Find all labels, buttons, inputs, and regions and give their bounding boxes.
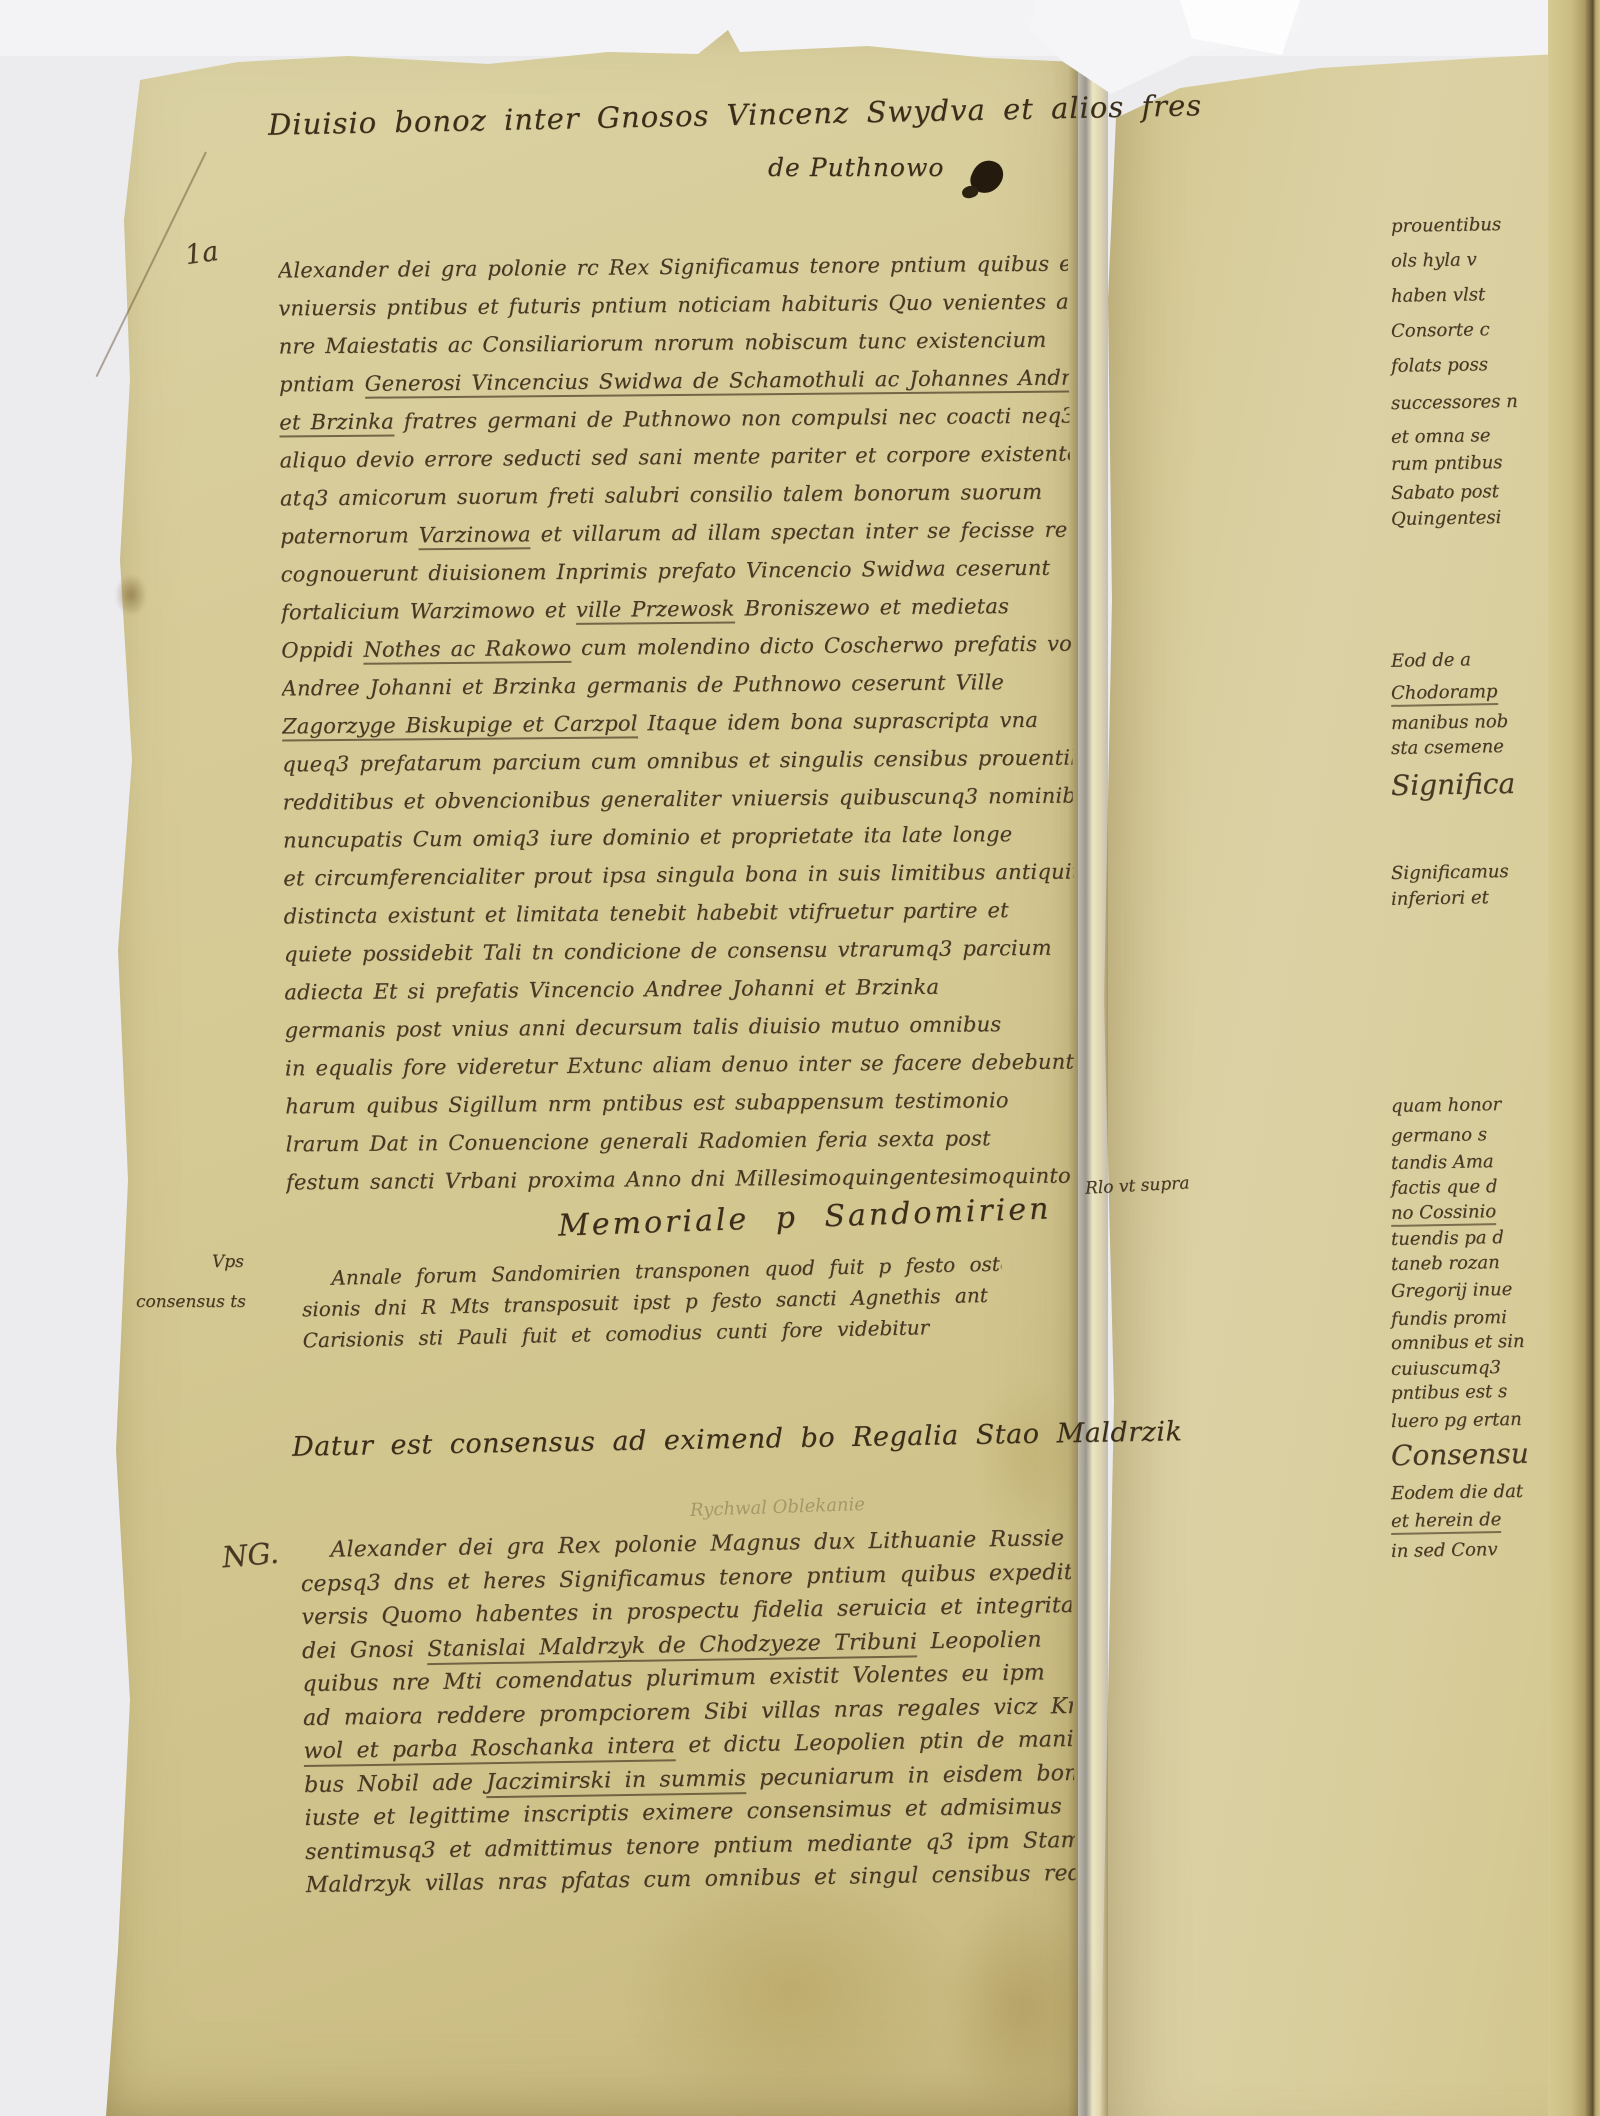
text: paternorum	[280, 523, 419, 548]
facing-page-text-fragment: manibus nob	[1391, 711, 1509, 734]
facing-page-text-fragment: germano s	[1391, 1124, 1487, 1147]
text: dei Gnosi	[302, 1637, 428, 1664]
facing-page-text-fragment: tandis Ama	[1391, 1151, 1494, 1174]
facing-page-text-fragment: Sabato post	[1391, 481, 1499, 504]
text: fortalicium Warzimowo et	[281, 598, 576, 625]
entry1-line: quiete possidebit Tali tn condicione de …	[284, 929, 1074, 974]
facing-page-text-fragment: Consensu	[1391, 1437, 1529, 1472]
entry2-text-block: Alexander dei gra Rex polonie Magnus dux…	[300, 1522, 1076, 1903]
facing-page-text-fragment: taneb rozan	[1391, 1252, 1500, 1275]
margin-note-line1: Vps	[212, 1252, 244, 1272]
facing-page-text-fragment: luero pg ertan	[1391, 1409, 1522, 1432]
facing-page-text-fragment: factis que d	[1391, 1176, 1498, 1199]
facing-page-text-fragment: omnibus et sin	[1391, 1331, 1525, 1354]
text: et villarum ad illam spectan inter se fe…	[531, 518, 1068, 547]
facing-page-text-fragment: haben vlst	[1391, 284, 1486, 307]
margin-note-line2: consensus ts	[136, 1292, 246, 1312]
facing-page-text-fragment: Significa	[1391, 767, 1516, 802]
facing-page-text-fragment: successores n	[1391, 391, 1518, 414]
memoriale-text-block: Annale forum Sandomirien transponen quod…	[301, 1249, 1003, 1357]
facing-page-text-fragment: Significamus	[1391, 861, 1509, 884]
text: Leopolien	[917, 1627, 1042, 1654]
entry1-title-line2: de Puthnowo	[768, 153, 944, 182]
underlined-text: wol et parba Roschanka intera	[303, 1733, 675, 1767]
facing-page-text-fragment: Consorte c	[1391, 319, 1490, 342]
facing-page-text-fragment: inferiori et	[1391, 887, 1489, 910]
text: pntiam	[279, 372, 365, 397]
facing-page-text-fragment: no Cossinio	[1391, 1201, 1497, 1227]
facing-page-text-fragment: cuiuscumq3	[1391, 1357, 1501, 1380]
underlined-text: Zagorzyge Biskupige et Carzpol	[282, 711, 638, 741]
underlined-text: Nothes ac Rakowo	[363, 636, 571, 665]
text: pecuniarum in eisdem bonis	[746, 1760, 1074, 1791]
facing-page-text-fragment: in sed Conv	[1391, 1539, 1498, 1562]
text: et dictu Leopolien ptin de mani	[675, 1727, 1074, 1758]
underlined-text: ville Przewosk	[576, 596, 735, 624]
text: Itaque idem bona suprascripta vna	[638, 708, 1039, 735]
facing-page-text-fragment: et omna se	[1391, 425, 1491, 448]
facing-page-text-fragment: Gregorij inue	[1391, 1279, 1513, 1302]
facing-page-text-fragment: quam honor	[1391, 1094, 1501, 1117]
facing-page-text-fragment: sta csemene	[1391, 736, 1504, 759]
facing-page-text-fragment: prouentibus	[1391, 214, 1502, 237]
margin-mark-entry2: NG.	[221, 1536, 280, 1575]
facing-page-text-fragments: prouentibusols hyla vhaben vlstConsorte …	[1385, 0, 1598, 2116]
facing-page-text-fragment: Eod de a	[1391, 649, 1471, 671]
facing-page-text-fragment: Chodoramp	[1391, 681, 1498, 707]
scanner-background	[0, 0, 1600, 56]
facing-page-text-fragment: ols hyla v	[1391, 249, 1477, 271]
margin-mark-entry1: 1a	[183, 236, 220, 271]
underlined-text: Generosi Vincencius Swidwa de Schamothul…	[365, 365, 1070, 398]
underlined-text: et Brzinka	[279, 409, 394, 437]
underlined-text: Varzinowa	[419, 522, 531, 550]
text: fratres germani de Puthnowo non compulsi…	[394, 404, 1070, 434]
manuscript-scan: Diuisio bonoz inter Gnosos Vincenz Swydv…	[0, 0, 1600, 2116]
facing-page-text-fragment: Eodem die dat	[1391, 1481, 1523, 1504]
facing-page-text-fragment: rum pntibus	[1391, 452, 1503, 475]
facing-page-text-fragment: tuendis pa d	[1391, 1227, 1504, 1250]
facing-page-text-fragment: pntibus est s	[1391, 1381, 1508, 1404]
text: Oppidi	[281, 638, 363, 663]
text: Broniszewo et medietas	[735, 594, 1010, 620]
facing-page-text-fragment: fundis promi	[1391, 1307, 1507, 1330]
entry1-text-block: Alexander dei gra polonie rc Rex Signifi…	[278, 245, 1076, 1202]
facing-page-text-fragment: folats poss	[1391, 354, 1488, 377]
text: cum molendino dicto Coscherwo prefatis v…	[571, 632, 1071, 660]
facing-page-text-fragment: Quingentesi	[1391, 507, 1502, 530]
underlined-text: Jaczimirski in summis	[486, 1766, 746, 1798]
facing-page-text-fragment: et herein de	[1391, 1509, 1502, 1535]
text: bus Nobil ade	[304, 1770, 487, 1798]
